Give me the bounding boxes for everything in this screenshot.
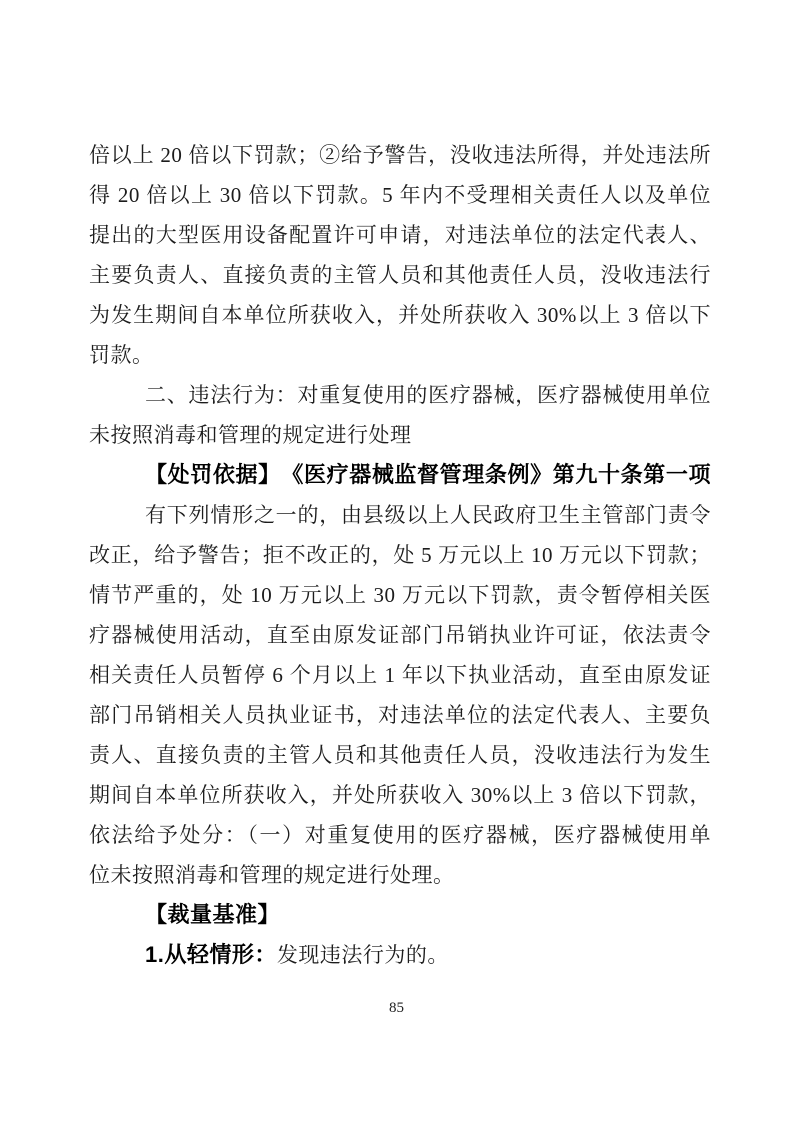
document-body: 倍以上 20 倍以下罚款；②给予警告，没收违法所得，并处违法所得 20 倍以上 …: [89, 135, 711, 975]
bold-text-segment: 1.从轻情形：: [145, 942, 277, 967]
text-segment: 情节严重的，处 10 万元以上 30 万元以下罚款，责令暂停相关医: [89, 583, 711, 607]
text-line: 倍以上 20 倍以下罚款；②给予警告，没收违法所得，并处违法所: [89, 135, 711, 175]
text-line: 二、违法行为：对重复使用的医疗器械，医疗器械使用单位: [89, 375, 711, 415]
text-line: 主要负责人、直接负责的主管人员和其他责任人员，没收违法行: [89, 255, 711, 295]
text-line: 情节严重的，处 10 万元以上 30 万元以下罚款，责令暂停相关医: [89, 575, 711, 615]
text-segment: 主要负责人、直接负责的主管人员和其他责任人员，没收违法行: [89, 263, 711, 287]
text-segment: 相关责任人员暂停 6 个月以上 1 年以下执业活动，直至由原发证: [89, 663, 711, 687]
text-segment: 未按照消毒和管理的规定进行处理: [89, 423, 412, 447]
document-page: 倍以上 20 倍以下罚款；②给予警告，没收违法所得，并处违法所得 20 倍以上 …: [0, 0, 793, 1122]
text-line: 期间自本单位所获收入，并处所获收入 30%以上 3 倍以下罚款，: [89, 775, 711, 815]
text-segment: 期间自本单位所获收入，并处所获收入 30%以上 3 倍以下罚款，: [89, 783, 711, 807]
text-segment: 部门吊销相关人员执业证书，对违法单位的法定代表人、主要负: [89, 703, 711, 727]
text-segment: 有下列情形之一的，由县级以上人民政府卫生主管部门责令: [145, 503, 711, 527]
text-line: 提出的大型医用设备配置许可申请，对违法单位的法定代表人、: [89, 215, 711, 255]
text-segment: 为发生期间自本单位所获收入，并处所获收入 30%以上 3 倍以下: [89, 303, 711, 327]
text-segment: 二、违法行为：对重复使用的医疗器械，医疗器械使用单位: [145, 383, 711, 407]
text-line: 改正，给予警告；拒不改正的，处 5 万元以上 10 万元以下罚款；: [89, 535, 711, 575]
text-segment: 依法给予处分：（一）对重复使用的医疗器械，医疗器械使用单: [89, 823, 711, 847]
text-segment: 位未按照消毒和管理的规定进行处理。: [89, 863, 455, 887]
text-line: 1.从轻情形：发现违法行为的。: [89, 935, 711, 975]
text-segment: 发现违法行为的。: [277, 943, 449, 967]
text-line: 罚款。: [89, 335, 711, 375]
text-segment: 罚款。: [89, 343, 154, 367]
text-line: 得 20 倍以上 30 倍以下罚款。5 年内不受理相关责任人以及单位: [89, 175, 711, 215]
text-line: 疗器械使用活动，直至由原发证部门吊销执业许可证，依法责令: [89, 615, 711, 655]
text-segment: 改正，给予警告；拒不改正的，处 5 万元以上 10 万元以下罚款；: [89, 543, 711, 567]
text-line: 相关责任人员暂停 6 个月以上 1 年以下执业活动，直至由原发证: [89, 655, 711, 695]
page-number: 85: [0, 1000, 793, 1017]
bold-text-segment: 【裁量基准】: [145, 902, 280, 927]
text-line: 【裁量基准】: [89, 895, 711, 935]
bold-text-segment: 【处罚依据】 《医疗器械监督管理条例》第九十条第一项: [145, 462, 711, 487]
text-line: 部门吊销相关人员执业证书，对违法单位的法定代表人、主要负: [89, 695, 711, 735]
text-segment: 疗器械使用活动，直至由原发证部门吊销执业许可证，依法责令: [89, 623, 711, 647]
text-line: 位未按照消毒和管理的规定进行处理。: [89, 855, 711, 895]
text-segment: 提出的大型医用设备配置许可申请，对违法单位的法定代表人、: [89, 223, 711, 247]
text-line: 为发生期间自本单位所获收入，并处所获收入 30%以上 3 倍以下: [89, 295, 711, 335]
text-line: 未按照消毒和管理的规定进行处理: [89, 415, 711, 455]
text-line: 【处罚依据】 《医疗器械监督管理条例》第九十条第一项: [89, 455, 711, 495]
text-segment: 得 20 倍以上 30 倍以下罚款。5 年内不受理相关责任人以及单位: [89, 183, 711, 207]
text-line: 有下列情形之一的，由县级以上人民政府卫生主管部门责令: [89, 495, 711, 535]
text-segment: 倍以上 20 倍以下罚款；②给予警告，没收违法所得，并处违法所: [89, 143, 711, 167]
text-line: 责人、直接负责的主管人员和其他责任人员，没收违法行为发生: [89, 735, 711, 775]
text-line: 依法给予处分：（一）对重复使用的医疗器械，医疗器械使用单: [89, 815, 711, 855]
text-segment: 责人、直接负责的主管人员和其他责任人员，没收违法行为发生: [89, 743, 711, 767]
